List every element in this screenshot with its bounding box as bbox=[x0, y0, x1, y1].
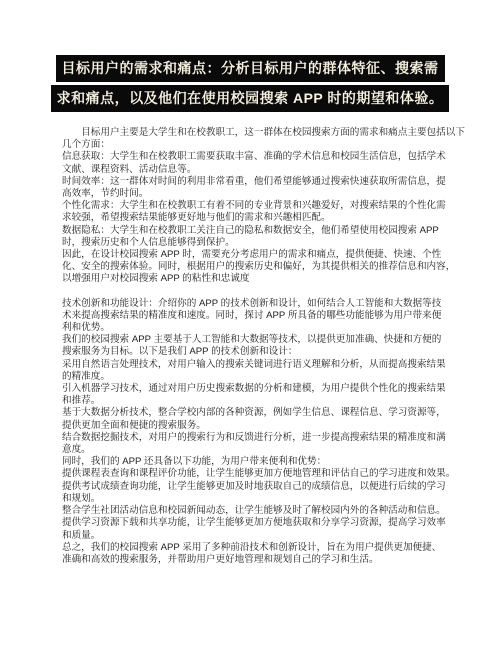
paragraph-exam-scores: 提供考试成绩查询功能，让学生能够更加及时地获取自己的成绩信息，以便进行后续的学习… bbox=[62, 481, 446, 505]
paragraph-intro: 目标用户主要是大学生和在校教职工，这一群体在校园搜索方面的需求和痛点主要包括以下… bbox=[62, 127, 446, 151]
paragraph-features-intro: 同时，我们的 APP 还具备以下功能，为用户带来便利和优势： bbox=[62, 456, 446, 468]
paragraph-machine-learning: 引入机器学习技术，通过对用户历史搜索数据的分析和建模，为用户提供个性化的搜索结果… bbox=[62, 383, 446, 407]
document-body: 目标用户主要是大学生和在校教职工，这一群体在校园搜索方面的需求和痛点主要包括以下… bbox=[62, 127, 446, 566]
paragraph-tech-innovation-heading: 技术创新和功能设计：介绍你的 APP 的技术创新和设计，如何结合人工智能和大数据… bbox=[62, 298, 446, 335]
paragraph-time-efficiency: 时间效率：这一群体对时间的利用非常看重，他们希望能够通过搜索快速获取所需信息，提… bbox=[62, 176, 446, 200]
document-title: 目标用户的需求和痛点：分析目标用户的群体特征、搜索需 求和痛点，以及他们在使用校… bbox=[0, 0, 500, 115]
title-line-2: 求和痛点，以及他们在使用校园搜索 APP 时的期望和体验。 bbox=[51, 85, 450, 112]
paragraph-summary: 总之，我们的校园搜索 APP 采用了多种前沿技术和创新设计，旨在为用户提供更加便… bbox=[62, 542, 446, 566]
paragraph-data-privacy: 数据隐私：大学生和在校教职工关注自己的隐私和数据安全，他们希望使用校园搜索 AP… bbox=[62, 225, 446, 249]
paragraph-data-mining: 结合数据挖掘技术，对用户的搜索行为和反馈进行分析，进一步提高搜索结果的精准度和满… bbox=[62, 432, 446, 456]
paragraph-course-schedule: 提供课程表查询和课程评价功能，让学生能够更加方便地管理和评估自己的学习进度和效果… bbox=[62, 468, 446, 480]
paragraph-campus-news: 整合学生社团活动信息和校园新闻动态，让学生能够及时了解校园内外的各种活动和信息。 bbox=[62, 505, 446, 517]
paragraph-info-access: 信息获取：大学生和在校教职工需要获取丰富、准确的学术信息和校园生活信息，包括学术… bbox=[62, 151, 446, 175]
paragraph-big-data: 基于大数据分析技术，整合学校内部的各种资源，例如学生信息、课程信息、学习资源等，… bbox=[62, 407, 446, 431]
paragraph-resource-sharing: 提供学习资源下载和共享功能，让学生能够更加方便地获取和分享学习资源，提高学习效率… bbox=[62, 517, 446, 541]
paragraph-app-overview: 我们的校园搜索 APP 主要基于人工智能和大数据等技术，以提供更加准确、快捷和方… bbox=[62, 334, 446, 358]
paragraph-nlp: 采用自然语言处理技术，对用户输入的搜索关键词进行语义理解和分析，从而提高搜索结果… bbox=[62, 359, 446, 383]
paragraph-conclusion-needs: 因此，在设计校园搜索 APP 时，需要充分考虑用户的需求和痛点，提供便捷、快速、… bbox=[62, 249, 446, 286]
title-line-1: 目标用户的需求和痛点：分析目标用户的群体特征、搜索需 bbox=[56, 55, 445, 82]
paragraph-personalization: 个性化需求：大学生和在校教职工有着不同的专业背景和兴趣爱好，对搜索结果的个性化需… bbox=[62, 200, 446, 224]
document-page: 目标用户的需求和痛点：分析目标用户的群体特征、搜索需 求和痛点，以及他们在使用校… bbox=[0, 0, 500, 667]
